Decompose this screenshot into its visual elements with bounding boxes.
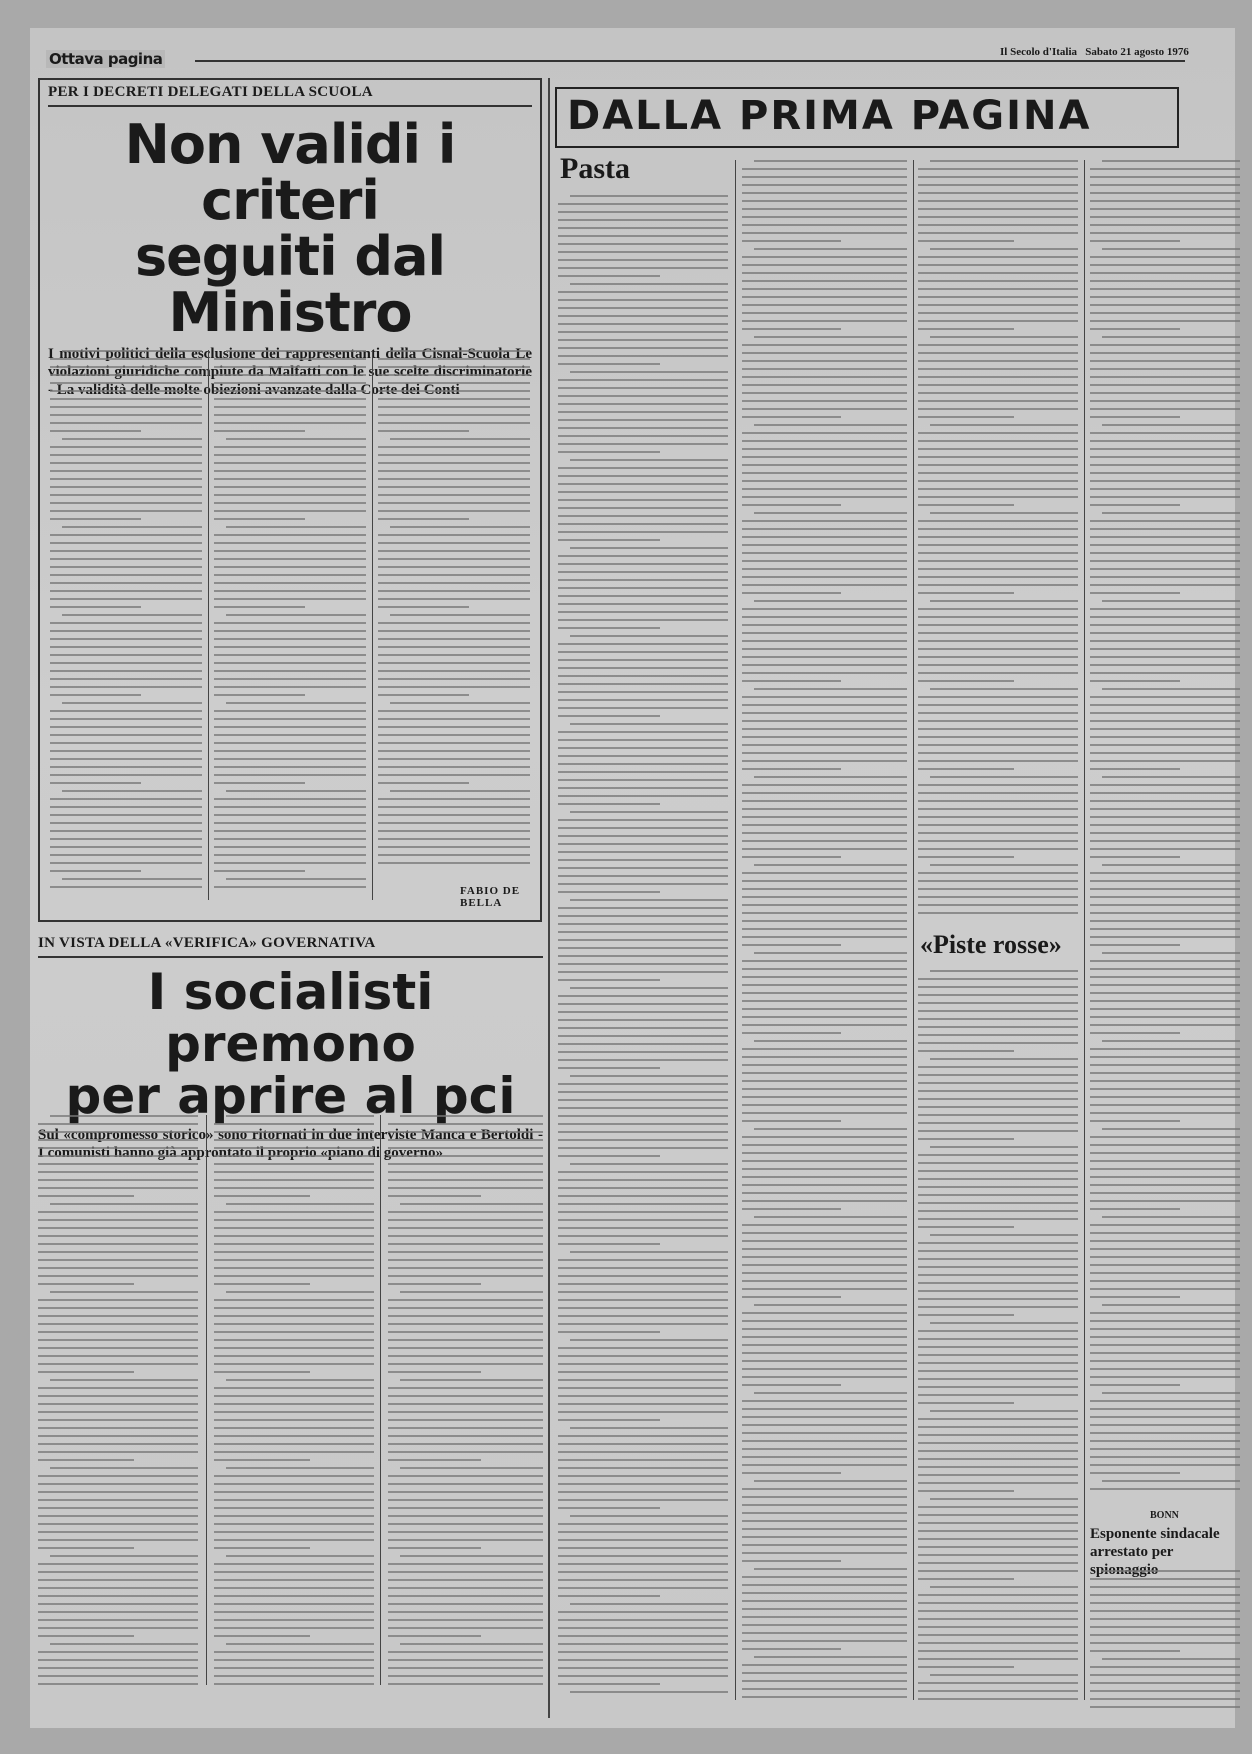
text-line (50, 478, 202, 480)
text-line (918, 176, 1078, 178)
text-line (930, 1146, 1078, 1148)
text-line (214, 654, 366, 656)
text-line (742, 1200, 907, 1202)
text-line (38, 1275, 198, 1277)
text-line (918, 1274, 1078, 1276)
text-line (214, 1387, 374, 1389)
text-line (918, 1570, 1078, 1572)
text-line (1090, 1368, 1240, 1370)
text-line (378, 358, 530, 360)
text-line (558, 379, 728, 381)
text-line (214, 1259, 374, 1261)
text-line (378, 838, 530, 840)
text-line (918, 1362, 1078, 1364)
text-line (742, 1288, 907, 1290)
text-line (400, 1467, 543, 1469)
text-line (38, 1451, 198, 1453)
text-line (214, 1531, 374, 1533)
text-line (1090, 1176, 1240, 1178)
right-column-4 (1090, 160, 1240, 1490)
text-line (742, 800, 907, 802)
text-line (50, 454, 202, 456)
text-line (918, 352, 1078, 354)
text-line (918, 624, 1078, 626)
text-line (930, 864, 1078, 866)
text-line (388, 1427, 543, 1429)
text-line (742, 1592, 907, 1594)
text-line (50, 846, 202, 848)
text-line (918, 880, 1078, 882)
text-line (742, 1296, 841, 1298)
text-line (1090, 1602, 1240, 1604)
text-line (742, 1696, 907, 1698)
text-line (62, 526, 202, 528)
text-line (388, 1563, 543, 1565)
text-line (558, 771, 728, 773)
text-line (558, 411, 728, 413)
text-line (918, 200, 1078, 202)
text-line (38, 1403, 198, 1405)
text-line (1090, 1360, 1240, 1362)
text-line (558, 867, 728, 869)
text-line (390, 438, 530, 440)
text-line (1090, 928, 1240, 930)
text-line (226, 1555, 374, 1557)
text-line (388, 1659, 543, 1661)
text-line (50, 574, 202, 576)
text-line (918, 856, 1014, 858)
text-line (1090, 872, 1240, 874)
text-line (226, 1115, 374, 1117)
text-line (918, 696, 1078, 698)
text-line (50, 550, 202, 552)
text-line (918, 1026, 1078, 1028)
text-line (558, 955, 728, 957)
text-line (390, 614, 530, 616)
text-line (918, 1610, 1078, 1612)
text-line (1090, 800, 1240, 802)
text-line (214, 1451, 374, 1453)
text-line (742, 704, 907, 706)
text-line (388, 1683, 543, 1685)
text-line (378, 854, 530, 856)
text-line (918, 912, 1078, 914)
text-line (378, 606, 469, 608)
text-line (742, 1352, 907, 1354)
text-line (1090, 656, 1240, 658)
text-line (50, 374, 202, 376)
text-line (1090, 1408, 1240, 1410)
text-line (388, 1307, 543, 1309)
text-line (918, 1578, 1014, 1580)
text-line (378, 478, 530, 480)
text-line (214, 862, 366, 864)
text-line (62, 438, 202, 440)
text-line (742, 1584, 907, 1586)
text-line (1090, 488, 1240, 490)
text-line (918, 1218, 1078, 1220)
text-line (742, 816, 907, 818)
text-line (226, 702, 366, 704)
text-line (1090, 1080, 1240, 1082)
text-line (50, 1379, 198, 1381)
text-line (38, 1347, 198, 1349)
text-line (742, 1272, 907, 1274)
text-line (214, 646, 366, 648)
text-line (918, 800, 1078, 802)
text-line (38, 1187, 198, 1189)
text-line (558, 691, 728, 693)
text-line (1090, 1698, 1240, 1700)
column-divider (206, 1115, 207, 1685)
text-line (50, 630, 202, 632)
text-line (38, 1459, 134, 1461)
text-line (918, 408, 1078, 410)
right-column-2 (742, 160, 907, 1700)
text-line (1090, 1488, 1240, 1490)
text-line (742, 1464, 907, 1466)
text-line (918, 456, 1078, 458)
text-line (558, 1595, 660, 1597)
text-line (38, 1419, 198, 1421)
text-line (918, 464, 1078, 466)
text-line (742, 672, 907, 674)
text-line (558, 643, 728, 645)
text-line (754, 336, 907, 338)
text-line (754, 1480, 907, 1482)
text-line (38, 1571, 198, 1573)
text-line (558, 1467, 728, 1469)
text-line (918, 752, 1078, 754)
text-line (558, 1035, 728, 1037)
headline-line-1: I socialisti premono (38, 966, 543, 1070)
text-line (742, 640, 907, 642)
text-line (214, 1211, 374, 1213)
text-line (742, 1456, 907, 1458)
text-line (742, 928, 907, 930)
text-line (400, 1555, 543, 1557)
right-column-3b (918, 970, 1078, 1700)
text-line (1102, 1480, 1240, 1482)
text-line (388, 1419, 543, 1421)
text-line (1090, 1096, 1240, 1098)
text-line (918, 320, 1078, 322)
text-line (742, 376, 907, 378)
text-line (918, 1002, 1078, 1004)
text-line (918, 576, 1078, 578)
text-line (742, 288, 907, 290)
text-line (214, 1475, 374, 1477)
text-line (50, 838, 202, 840)
text-line (918, 816, 1078, 818)
text-line (742, 880, 907, 882)
text-line (388, 1363, 543, 1365)
text-line (742, 1384, 841, 1386)
text-line (226, 1379, 374, 1381)
text-line (1090, 808, 1240, 810)
text-line (918, 496, 1078, 498)
text-line (918, 280, 1078, 282)
text-line (226, 526, 366, 528)
text-line (1090, 1136, 1240, 1138)
text-line (558, 1283, 728, 1285)
text-line (1090, 632, 1240, 634)
text-line (1090, 712, 1240, 714)
text-line (918, 360, 1078, 362)
text-line (1102, 776, 1240, 778)
text-line (742, 264, 907, 266)
text-line (1090, 904, 1240, 906)
text-line (1090, 1642, 1240, 1644)
text-line (50, 390, 202, 392)
byline: FABIO DE BELLA (460, 885, 540, 909)
text-line (1090, 552, 1240, 554)
text-line (558, 931, 728, 933)
text-line (50, 566, 202, 568)
text-line (1090, 1088, 1240, 1090)
bonn-article-body (1090, 1570, 1240, 1710)
text-line (214, 1163, 374, 1165)
text-line (754, 160, 907, 162)
text-line (388, 1547, 481, 1549)
text-line (558, 1083, 728, 1085)
text-line (1090, 696, 1240, 698)
text-line (38, 1227, 198, 1229)
text-line (918, 640, 1078, 642)
text-line (50, 470, 202, 472)
text-line (918, 232, 1078, 234)
text-line (1090, 704, 1240, 706)
text-line (38, 1411, 198, 1413)
text-line (390, 702, 530, 704)
text-line (918, 528, 1078, 530)
text-line (918, 1298, 1078, 1300)
text-line (214, 598, 366, 600)
text-line (1090, 768, 1180, 770)
text-line (742, 768, 841, 770)
text-line (742, 528, 907, 530)
text-line (918, 904, 1078, 906)
text-line (742, 1664, 907, 1666)
text-line (558, 1363, 728, 1365)
text-line (50, 366, 202, 368)
text-line (38, 1659, 198, 1661)
text-line (214, 758, 366, 760)
text-line (214, 822, 366, 824)
text-line (1090, 184, 1240, 186)
text-line (930, 1058, 1078, 1060)
text-line (918, 896, 1078, 898)
text-line (742, 200, 907, 202)
text-line (226, 1467, 374, 1469)
text-line (50, 638, 202, 640)
text-line (1090, 168, 1240, 170)
text-line (742, 896, 907, 898)
text-line (918, 1082, 1078, 1084)
text-line (1090, 480, 1240, 482)
text-line (38, 1259, 198, 1261)
text-line (388, 1475, 543, 1477)
text-line (742, 664, 907, 666)
text-line (378, 662, 530, 664)
text-line (558, 387, 728, 389)
masthead-info: Il Secolo d'Italia Sabato 21 agosto 1976 (1000, 46, 1189, 58)
text-line (38, 1219, 198, 1221)
text-line (558, 1315, 728, 1317)
text-line (1090, 856, 1180, 858)
text-line (1090, 1104, 1240, 1106)
text-line (558, 755, 728, 757)
text-line (214, 1507, 374, 1509)
text-line (400, 1291, 543, 1293)
text-line (1090, 560, 1240, 562)
text-line (918, 1098, 1078, 1100)
text-line (558, 1347, 728, 1349)
article-kicker: PER I DECRETI DELEGATI DELLA SCUOLA (48, 84, 532, 101)
text-line (214, 1675, 374, 1677)
text-line (214, 734, 366, 736)
text-line (742, 1672, 907, 1674)
text-line (214, 454, 366, 456)
text-line (930, 512, 1078, 514)
text-line (742, 544, 907, 546)
text-line (378, 382, 530, 384)
text-line (1090, 1690, 1240, 1692)
text-line (50, 718, 202, 720)
text-line (378, 534, 530, 536)
text-line (918, 1122, 1078, 1124)
text-line (378, 422, 530, 424)
text-line (558, 507, 728, 509)
text-line (742, 1024, 907, 1026)
text-line (1090, 520, 1240, 522)
text-line (50, 1291, 198, 1293)
text-line (38, 1251, 198, 1253)
text-line (570, 283, 728, 285)
text-line (214, 382, 366, 384)
text-line (1090, 1376, 1240, 1378)
text-line (918, 608, 1078, 610)
text-line (378, 862, 530, 864)
text-line (1090, 672, 1240, 674)
text-line (378, 566, 530, 568)
text-line (918, 840, 1078, 842)
text-line (918, 1522, 1078, 1524)
text-line (214, 1603, 374, 1605)
text-line (378, 766, 530, 768)
text-line (918, 1266, 1078, 1268)
text-line (1090, 1594, 1240, 1596)
text-line (378, 630, 530, 632)
text-line (214, 574, 366, 576)
text-line (1090, 912, 1240, 914)
text-line (558, 587, 728, 589)
text-line (214, 1491, 374, 1493)
text-line (558, 1235, 728, 1237)
text-line (378, 814, 530, 816)
text-line (50, 534, 202, 536)
text-line (388, 1259, 543, 1261)
text-line (214, 638, 366, 640)
text-line (742, 584, 907, 586)
text-line (1090, 1072, 1240, 1074)
text-line (742, 1528, 907, 1530)
text-line (378, 366, 530, 368)
body-column-2 (214, 350, 366, 900)
text-line (742, 1000, 907, 1002)
article-decreti-scuola: PER I DECRETI DELEGATI DELLA SCUOLA Non … (38, 78, 542, 922)
text-line (1090, 1184, 1240, 1186)
text-line (918, 344, 1078, 346)
text-line (558, 1459, 728, 1461)
text-line (388, 1523, 543, 1525)
text-line (1090, 920, 1240, 922)
text-line (918, 392, 1078, 394)
text-line (742, 1624, 907, 1626)
text-line (558, 1619, 728, 1621)
text-line (388, 1667, 543, 1669)
text-line (742, 1648, 841, 1650)
text-line (388, 1531, 543, 1533)
text-line (1102, 1040, 1240, 1042)
text-line (918, 520, 1078, 522)
text-line (742, 840, 907, 842)
text-line (214, 1427, 374, 1429)
text-line (388, 1571, 543, 1573)
text-line (558, 1371, 728, 1373)
text-line (558, 883, 728, 885)
text-line (388, 1275, 543, 1277)
text-line (742, 616, 907, 618)
text-line (918, 736, 1078, 738)
text-line (214, 1523, 374, 1525)
text-line (378, 582, 530, 584)
text-line (754, 1568, 907, 1570)
text-line (918, 1554, 1078, 1556)
text-line (742, 992, 907, 994)
text-line (742, 1440, 907, 1442)
text-line (570, 1075, 728, 1077)
text-line (50, 502, 202, 504)
text-line (558, 747, 728, 749)
text-line (558, 323, 728, 325)
text-line (38, 1339, 198, 1341)
text-line (388, 1171, 543, 1173)
text-line (918, 568, 1078, 570)
text-line (742, 464, 907, 466)
text-line (558, 1307, 728, 1309)
column-divider (1084, 160, 1085, 1700)
text-line (918, 480, 1078, 482)
text-line (1090, 568, 1240, 570)
text-line (50, 822, 202, 824)
text-line (742, 232, 907, 234)
text-line (50, 854, 202, 856)
text-line (918, 1018, 1078, 1020)
text-line (570, 1163, 728, 1165)
text-line (388, 1507, 543, 1509)
text-line (742, 680, 841, 682)
text-line (1090, 1016, 1240, 1018)
text-line (918, 1650, 1078, 1652)
text-line (1090, 400, 1240, 402)
text-line (214, 446, 366, 448)
text-line (558, 451, 660, 453)
text-line (742, 1496, 907, 1498)
text-line (742, 888, 907, 890)
text-line (558, 1115, 728, 1117)
text-line (50, 862, 202, 864)
